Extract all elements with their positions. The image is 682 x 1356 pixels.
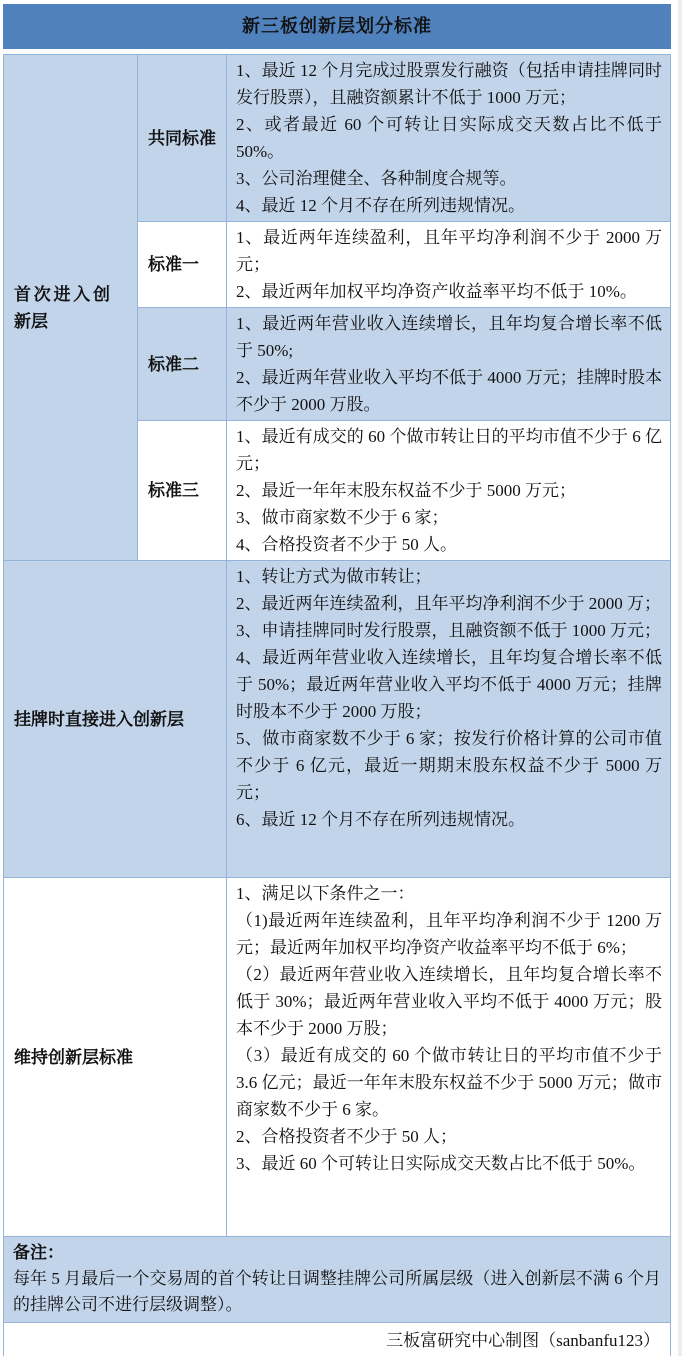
- sub-row-label-common-standard: 共同标准: [138, 55, 226, 221]
- note-label: 备注：: [13, 1240, 661, 1266]
- criteria-cell-standard-3: 1、最近有成交的 60 个做市转让日的平均市值不少于 6 亿元； 2、最近一年年…: [227, 421, 670, 560]
- criteria-cell-standard-1: 1、最近两年连续盈利，且年平均净利润不少于 2000 万元； 2、最近两年加权平…: [227, 222, 670, 307]
- note-text: 每年 5 月最后一个交易周的首个转让日调整挂牌公司所属层级（进入创新层不满 6 …: [13, 1269, 661, 1314]
- credit-text: 三板富研究中心制图（sanbanfu123）: [386, 1331, 660, 1350]
- sub-row-label-standard-3: 标准三: [138, 421, 226, 560]
- section-direct-entry: 挂牌时直接进入创新层 1、转让方式为做市转让； 2、最近两年连续盈利，且年平均净…: [4, 561, 670, 877]
- sub-row-label-standard-2: 标准二: [138, 308, 226, 420]
- row-header-maintain: 维持创新层标准: [4, 878, 226, 1236]
- page-title: 新三板创新层划分标准: [3, 4, 671, 49]
- sub-row-label-standard-1: 标准一: [138, 222, 226, 307]
- criteria-cell-direct-entry: 1、转让方式为做市转让； 2、最近两年连续盈利，且年平均净利润不少于 2000 …: [227, 561, 670, 877]
- standards-table: 首次进入创新层 共同标准 1、最近 12 个月完成过股票发行融资（包括申请挂牌同…: [3, 54, 671, 1356]
- note-row: 备注： 每年 5 月最后一个交易周的首个转让日调整挂牌公司所属层级（进入创新层不…: [4, 1237, 670, 1322]
- section-first-entry: 首次进入创新层 共同标准 1、最近 12 个月完成过股票发行融资（包括申请挂牌同…: [4, 55, 670, 560]
- footer-row: 三板富研究中心制图（sanbanfu123）: [4, 1323, 670, 1356]
- row-header-direct-entry: 挂牌时直接进入创新层: [4, 561, 226, 877]
- criteria-cell-standard-2: 1、最近两年营业收入连续增长，且年均复合增长率不低于 50%; 2、最近两年营业…: [227, 308, 670, 420]
- criteria-cell-maintain: 1、满足以下条件之一： （1)最近两年连续盈利，且年平均净利润不少于 1200 …: [227, 878, 670, 1236]
- section-maintain: 维持创新层标准 1、满足以下条件之一： （1)最近两年连续盈利，且年平均净利润不…: [4, 878, 670, 1236]
- page: 新三板创新层划分标准 首次进入创新层 共同标准 1、最近 12 个月完成过股票发…: [0, 0, 682, 1356]
- criteria-cell-common-standard: 1、最近 12 个月完成过股票发行融资（包括申请挂牌同时发行股票），且融资额累计…: [227, 55, 670, 221]
- row-header-first-entry: 首次进入创新层: [4, 55, 137, 560]
